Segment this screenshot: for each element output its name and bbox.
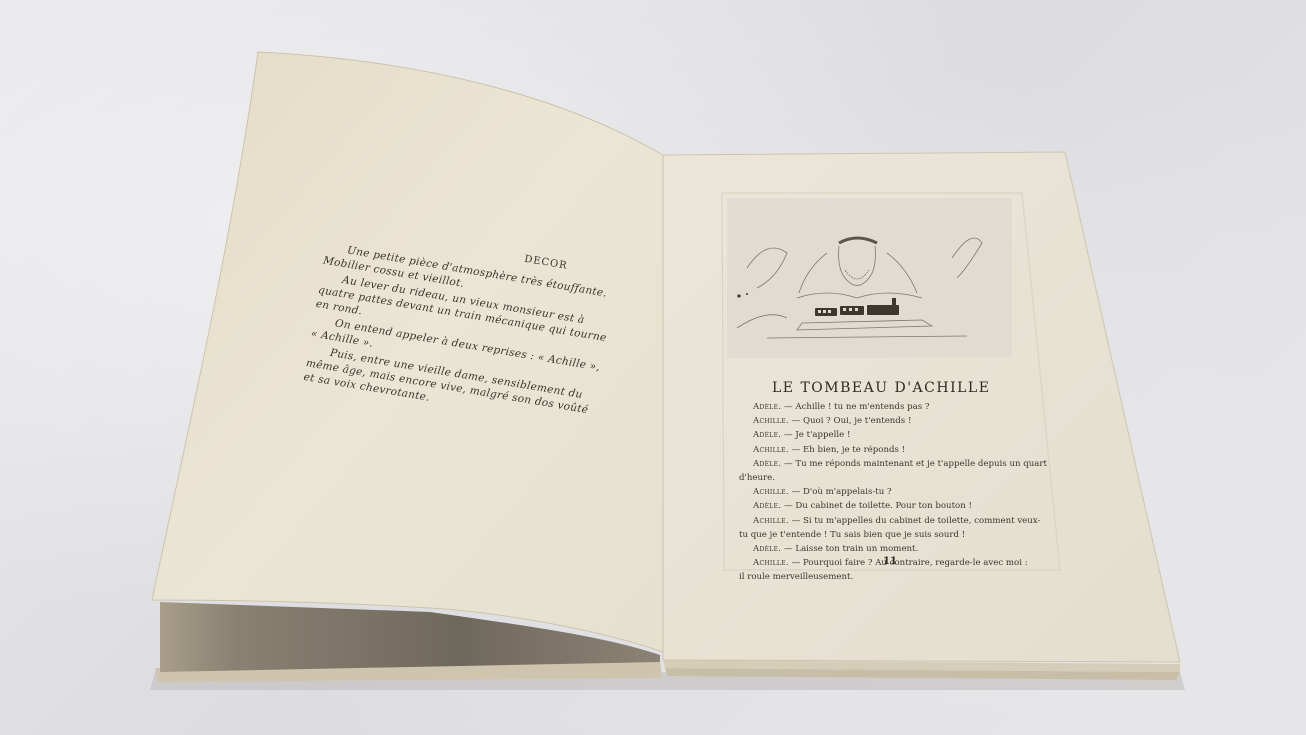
dialogue-line: Achille. — D'où m'appelais-tu ? [739,485,1039,499]
dialogue-continuation: tu que je t'entende ! Tu sais bien que j… [739,528,1039,542]
dialogue-text: — Quoi ? Oui, je t'entends ! [792,416,912,426]
dialogue-line: Adèle. — Tu me réponds maintenant et je … [739,457,1039,471]
dialogue-text: — D'où m'appelais-tu ? [792,487,892,497]
speaker-name: Achille. [753,487,789,497]
open-book [0,0,1306,735]
speaker-name: Adèle. [753,459,781,469]
dialogue-line: Adèle. — Achille ! tu ne m'entends pas ? [739,400,1039,414]
speaker-name: Achille. [753,445,789,455]
play-title: LE TOMBEAU D'ACHILLE [772,380,990,396]
dialogue-continuation: il roule merveilleusement. [739,570,1039,584]
illustration-etching [727,198,1012,358]
dialogue-text: — Je t'appelle ! [784,430,850,440]
speaker-name: Achille. [753,516,789,526]
dialogue-line: Achille. — Quoi ? Oui, je t'entends ! [739,414,1039,428]
dialogue-line: Adèle. — Du cabinet de toilette. Pour to… [739,499,1039,513]
speaker-name: Adèle. [753,402,781,412]
speaker-name: Adèle. [753,544,781,554]
dialogue-line: Achille. — Si tu m'appelles du cabinet d… [739,514,1039,528]
speaker-name: Adèle. [753,430,781,440]
dialogue-line: Achille. — Eh bien, je te réponds ! [739,443,1039,457]
speaker-name: Achille. [753,416,789,426]
dialogue-text: — Si tu m'appelles du cabinet de toilett… [792,516,1041,526]
speaker-name: Achille. [753,558,789,568]
dialogue-line: Adèle. — Laisse ton train un moment. [739,542,1039,556]
photo-scene: DECOR Une petite pièce d'atmosphère très… [0,0,1306,735]
page-number: 11 [883,556,897,567]
dialogue-line: Adèle. — Je t'appelle ! [739,428,1039,442]
dialogue-text: — Pourquoi faire ? Au contraire, regarde… [792,558,1028,568]
dialogue-text: — Laisse ton train un moment. [784,544,918,554]
dialogue-text: — Achille ! tu ne m'entends pas ? [784,402,929,412]
dialogue-text: — Du cabinet de toilette. Pour ton bouto… [784,501,972,511]
dialogue-text: — Tu me réponds maintenant et je t'appel… [784,459,1047,469]
speaker-name: Adèle. [753,501,781,511]
dialogue-text: — Eh bien, je te réponds ! [792,445,905,455]
dialogue-continuation: d'heure. [739,471,1039,485]
